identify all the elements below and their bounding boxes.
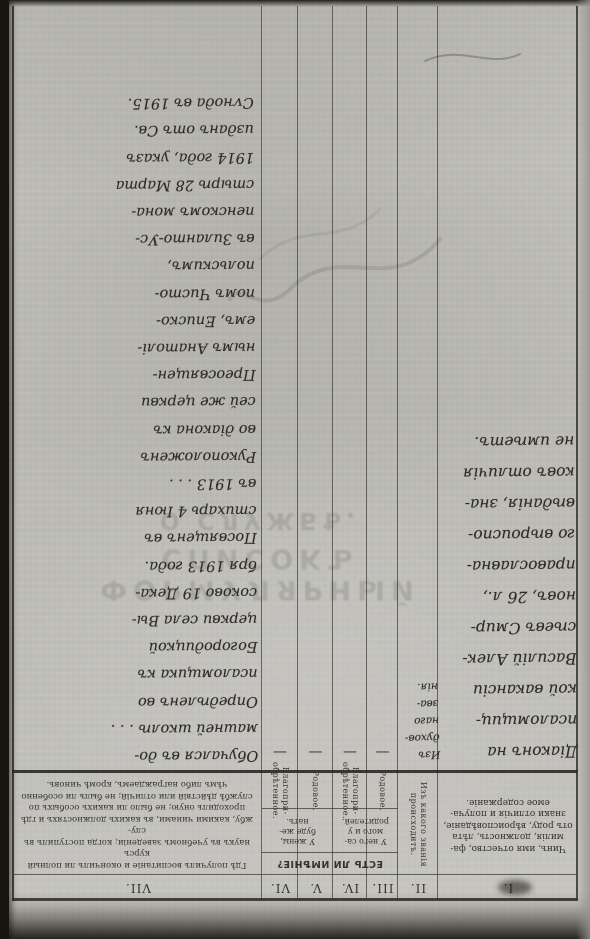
scan-shadow-edge — [0, 891, 590, 939]
scan-edge — [576, 0, 590, 939]
pencil-scribbles — [0, 0, 590, 939]
rotated-sheet: ФОРМУЛЯРНЫЙ СПИСОКЪ О СЛУЖБѢ. I. II. III… — [0, 0, 590, 939]
scan-edge — [0, 0, 590, 7]
scan-black-strip — [0, 0, 9, 939]
scan-page: ФОРМУЛЯРНЫЙ СПИСОКЪ О СЛУЖБѢ. I. II. III… — [0, 0, 590, 939]
